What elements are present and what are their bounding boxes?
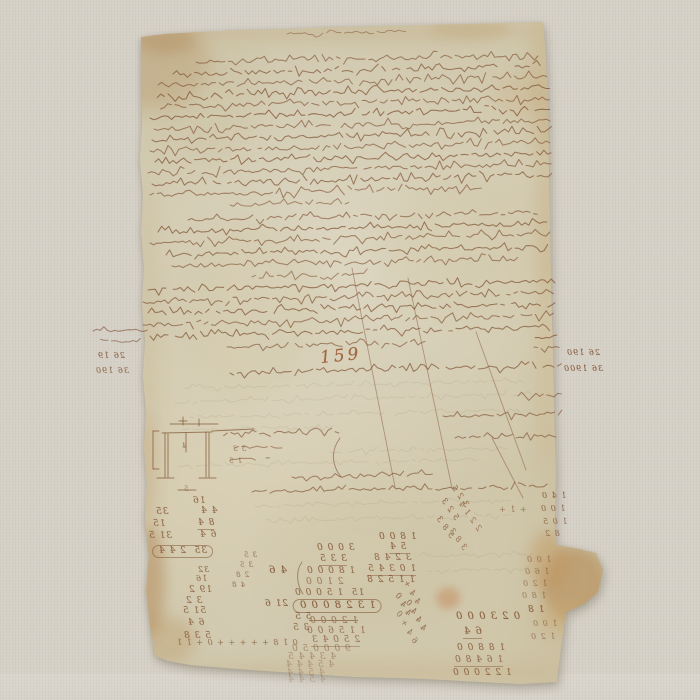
handwriting-line bbox=[152, 171, 552, 186]
handwriting-line bbox=[150, 229, 550, 246]
handwriting-line bbox=[148, 278, 555, 296]
handwriting-line bbox=[535, 335, 557, 339]
handwriting-line bbox=[101, 339, 144, 343]
handwriting-line bbox=[292, 470, 432, 481]
handwriting-line bbox=[143, 289, 553, 306]
handwriting-line bbox=[150, 138, 550, 156]
handwriting-line bbox=[172, 254, 518, 268]
handwriting-line bbox=[443, 410, 562, 420]
handwriting-line bbox=[154, 117, 550, 134]
handwriting-line bbox=[188, 210, 537, 224]
showthrough-line bbox=[185, 378, 523, 392]
handwriting-line bbox=[148, 302, 555, 315]
handwriting-line bbox=[157, 85, 549, 102]
handwriting-line bbox=[173, 60, 544, 77]
showthrough-line bbox=[175, 391, 531, 404]
handwriting-line bbox=[230, 458, 270, 460]
showthrough-line bbox=[330, 447, 506, 455]
handwriting-line bbox=[150, 324, 550, 340]
showthrough-line bbox=[428, 566, 529, 574]
showthrough-line bbox=[266, 513, 511, 524]
brace-stroke bbox=[298, 562, 303, 594]
brace-stroke bbox=[333, 438, 341, 477]
showthrough-line bbox=[255, 498, 514, 507]
handwriting-line bbox=[230, 361, 561, 378]
handwriting-line bbox=[150, 184, 481, 198]
handwriting-layer bbox=[0, 0, 700, 700]
handwriting-line bbox=[155, 150, 551, 164]
handwriting-line bbox=[252, 482, 547, 493]
diagonal-stroke bbox=[352, 268, 395, 487]
handwriting-line bbox=[455, 433, 556, 441]
handwriting-line bbox=[227, 339, 425, 351]
diagram-stroke bbox=[162, 432, 212, 433]
handwriting-line bbox=[143, 311, 553, 329]
handwriting-line bbox=[93, 327, 147, 332]
showthrough-line bbox=[420, 551, 532, 558]
handwriting-line bbox=[152, 126, 552, 143]
diagonal-stroke bbox=[492, 438, 523, 498]
handwriting-line bbox=[158, 219, 547, 236]
handwriting-line bbox=[518, 392, 561, 400]
showthrough-line bbox=[178, 458, 477, 469]
handwriting-line bbox=[287, 30, 406, 37]
handwriting-line bbox=[150, 106, 550, 120]
handwriting-line bbox=[230, 199, 349, 207]
handwriting-line bbox=[196, 51, 538, 65]
handwriting-line bbox=[235, 446, 282, 448]
photo-background: 159 26 1936 19026 19036 190016354 4158 4… bbox=[0, 0, 700, 700]
handwriting-line bbox=[534, 347, 559, 353]
handwriting-line bbox=[148, 159, 551, 177]
